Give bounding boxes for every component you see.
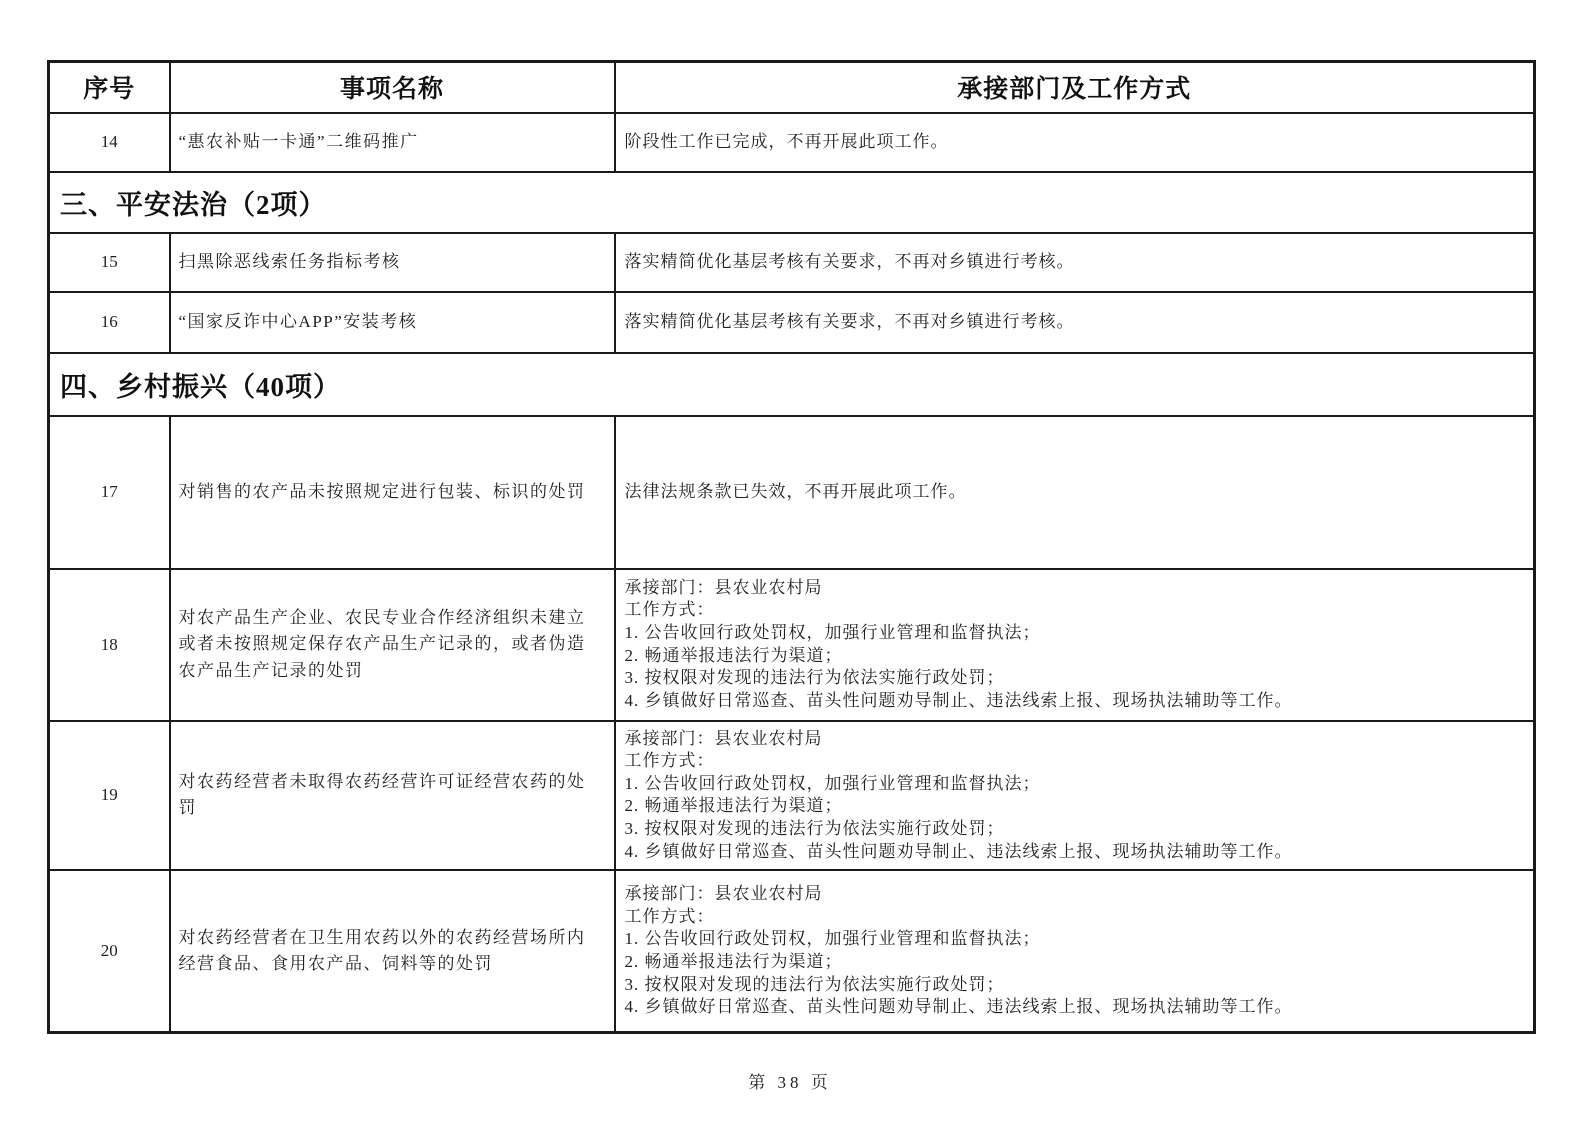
cell-department: 法律法规条款已失效，不再开展此项工作。 [615,416,1535,569]
items-table: 序号 事项名称 承接部门及工作方式 14 “惠农补贴一卡通”二维码推广 阶段性工… [47,60,1536,1034]
cell-item-name: “国家反诈中心APP”安装考核 [170,292,615,353]
cell-item-name: 扫黑除恶线索任务指标考核 [170,233,615,292]
cell-index: 16 [49,292,170,353]
cell-department: 落实精简优化基层考核有关要求，不再对乡镇进行考核。 [615,233,1535,292]
section-header-row: 三、平安法治（2项） [49,172,1535,233]
cell-item-name: 对销售的农产品未按照规定进行包装、标识的处罚 [170,416,615,569]
table-row: 16 “国家反诈中心APP”安装考核 落实精简优化基层考核有关要求，不再对乡镇进… [49,292,1535,353]
cell-index: 14 [49,113,170,172]
table-row: 20 对农药经营者在卫生用农药以外的农药经营场所内经营食品、食用农产品、饲料等的… [49,870,1535,1032]
cell-index: 20 [49,870,170,1032]
cell-department: 阶段性工作已完成，不再开展此项工作。 [615,113,1535,172]
table-header-row: 序号 事项名称 承接部门及工作方式 [49,62,1535,113]
section-title: 三、平安法治（2项） [49,172,1535,233]
page-number: 第 38 页 [47,1068,1533,1093]
cell-department: 承接部门：县农业农村局 工作方式： 1. 公告收回行政处罚权，加强行业管理和监督… [615,870,1535,1032]
cell-department: 落实精简优化基层考核有关要求，不再对乡镇进行考核。 [615,292,1535,353]
cell-item-name: “惠农补贴一卡通”二维码推广 [170,113,615,172]
table-row: 17 对销售的农产品未按照规定进行包装、标识的处罚 法律法规条款已失效，不再开展… [49,416,1535,569]
cell-item-name: 对农药经营者未取得农药经营许可证经营农药的处罚 [170,721,615,871]
table-row: 18 对农产品生产企业、农民专业合作经济组织未建立或者未按照规定保存农产品生产记… [49,569,1535,721]
cell-item-name: 对农产品生产企业、农民专业合作经济组织未建立或者未按照规定保存农产品生产记录的，… [170,569,615,721]
cell-index: 18 [49,569,170,721]
cell-item-name: 对农药经营者在卫生用农药以外的农药经营场所内经营食品、食用农产品、饲料等的处罚 [170,870,615,1032]
cell-department: 承接部门：县农业农村局 工作方式： 1. 公告收回行政处罚权，加强行业管理和监督… [615,721,1535,871]
column-header-item-name: 事项名称 [170,62,615,113]
cell-index: 17 [49,416,170,569]
column-header-department: 承接部门及工作方式 [615,62,1535,113]
column-header-index: 序号 [49,62,170,113]
section-title: 四、乡村振兴（40项） [49,353,1535,416]
cell-department: 承接部门：县农业农村局 工作方式： 1. 公告收回行政处罚权，加强行业管理和监督… [615,569,1535,721]
cell-index: 19 [49,721,170,871]
table-row: 14 “惠农补贴一卡通”二维码推广 阶段性工作已完成，不再开展此项工作。 [49,113,1535,172]
table-row: 19 对农药经营者未取得农药经营许可证经营农药的处罚 承接部门：县农业农村局 工… [49,721,1535,871]
cell-index: 15 [49,233,170,292]
document-page: 序号 事项名称 承接部门及工作方式 14 “惠农补贴一卡通”二维码推广 阶段性工… [0,0,1587,1122]
table-row: 15 扫黑除恶线索任务指标考核 落实精简优化基层考核有关要求，不再对乡镇进行考核… [49,233,1535,292]
section-header-row: 四、乡村振兴（40项） [49,353,1535,416]
